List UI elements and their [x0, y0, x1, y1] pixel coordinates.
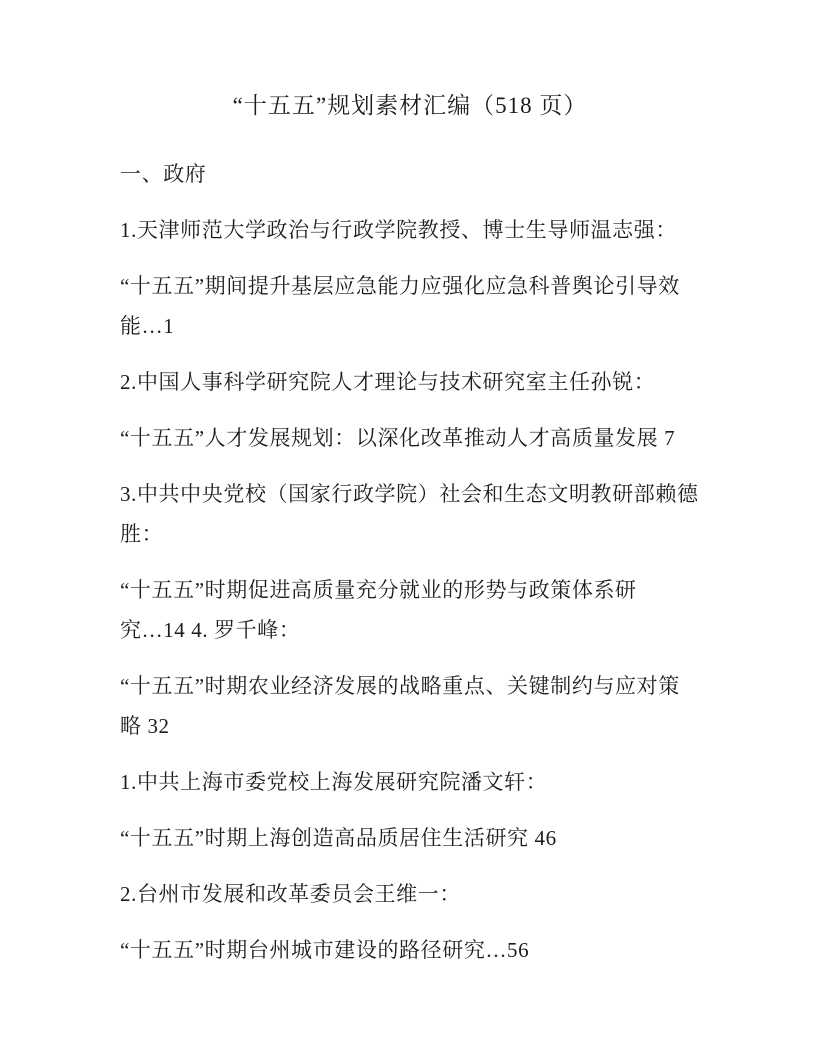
document-content: “十五五”规划素材汇编（518 页） 一、政府 1.天津师范大学政治与行政学院教… [0, 0, 816, 970]
document-page: “十五五”规划素材汇编（518 页） 一、政府 1.天津师范大学政治与行政学院教… [0, 0, 816, 1056]
toc-entry-title: “十五五”时期台州城市建设的路径研究…56 [120, 930, 700, 970]
toc-entry-title: “十五五”期间提升基层应急能力应强化应急科普舆论引导效 能…1 [120, 266, 700, 346]
toc-entry-author: 2.中国人事科学研究院人才理论与技术研究室主任孙锐： [120, 362, 700, 402]
document-title: “十五五”规划素材汇编（518 页） [120, 90, 700, 122]
section-heading: 一、政府 [120, 154, 700, 194]
toc-entry-author: 3.中共中央党校（国家行政学院）社会和生态文明教研部赖德 胜： [120, 474, 700, 554]
toc-entry-title: “十五五”时期上海创造高品质居住生活研究 46 [120, 818, 700, 858]
toc-entry-title: “十五五”人才发展规划：以深化改革推动人才高质量发展 7 [120, 418, 700, 458]
toc-entry-title: “十五五”时期促进高质量充分就业的形势与政策体系研 究…14 4. 罗千峰： [120, 570, 700, 650]
toc-entry-author: 2.台州市发展和改革委员会王维一： [120, 874, 700, 914]
toc-entry-title: “十五五”时期农业经济发展的战略重点、关键制约与应对策 略 32 [120, 666, 700, 746]
toc-entry-author: 1.中共上海市委党校上海发展研究院潘文轩： [120, 762, 700, 802]
toc-entry-author: 1.天津师范大学政治与行政学院教授、博士生导师温志强： [120, 210, 700, 250]
